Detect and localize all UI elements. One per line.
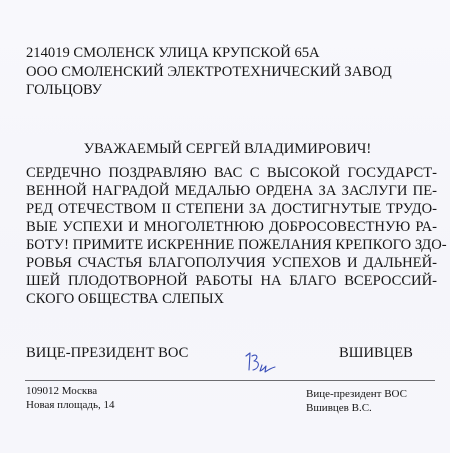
body-line: ВЫЕ УСПЕХИ И МНОГОЛЕТНЮЮ ДОБРОСОВЕСТНУЮ … bbox=[26, 218, 437, 236]
address-line-recipient: ГОЛЬЦОВУ bbox=[26, 81, 392, 100]
salutation: УВАЖАЕМЫЙ СЕРГЕЙ ВЛАДИМИРОВИЧ! bbox=[0, 140, 450, 158]
footer-signatory: Вице-президент ВОС Вшивцев В.С. bbox=[306, 387, 407, 415]
signatory-title: ВИЦЕ-ПРЕЗИДЕНТ ВОС bbox=[26, 345, 188, 362]
address-block: 214019 СМОЛЕНСК УЛИЦА КРУПСКОЙ 65А ООО С… bbox=[26, 44, 392, 100]
footer-divider bbox=[25, 380, 435, 381]
footer-signatory-name: Вшивцев В.С. bbox=[306, 401, 407, 415]
body-line: СКОГО ОБЩЕСТВА СЛЕПЫХ bbox=[26, 290, 437, 308]
address-line-postal: 214019 СМОЛЕНСК УЛИЦА КРУПСКОЙ 65А bbox=[26, 44, 392, 63]
footer-address-city: 109012 Москва bbox=[26, 384, 115, 398]
handwritten-signature-icon bbox=[243, 350, 283, 378]
body-line: ВЕННОЙ НАГРАДОЙ МЕДАЛЬЮ ОРДЕНА ЗА ЗАСЛУГ… bbox=[26, 182, 437, 200]
letter-body: СЕРДЕЧНО ПОЗДРАВЛЯЮ ВАС С ВЫСОКОЙ ГОСУДА… bbox=[26, 164, 437, 308]
body-line: ШЕЙ ПЛОДОТВОРНОЙ РАБОТЫ НА БЛАГО ВСЕРОСС… bbox=[26, 272, 437, 290]
body-line: СЕРДЕЧНО ПОЗДРАВЛЯЮ ВАС С ВЫСОКОЙ ГОСУДА… bbox=[26, 164, 437, 182]
footer-signatory-title: Вице-президент ВОС bbox=[306, 387, 407, 401]
footer-address: 109012 Москва Новая площадь, 14 bbox=[26, 384, 115, 412]
address-line-organization: ООО СМОЛЕНСКИЙ ЭЛЕКТРОТЕХНИЧЕСКИЙ ЗАВОД bbox=[26, 63, 392, 82]
letter-page: 214019 СМОЛЕНСК УЛИЦА КРУПСКОЙ 65А ООО С… bbox=[0, 0, 450, 453]
body-line: РЕД ОТЕЧЕСТВОМ II СТЕПЕНИ ЗА ДОСТИГНУТЫЕ… bbox=[26, 200, 437, 218]
body-line: БОТУ! ПРИМИТЕ ИСКРЕННИЕ ПОЖЕЛАНИЯ КРЕПКО… bbox=[26, 236, 437, 254]
footer-address-street: Новая площадь, 14 bbox=[26, 398, 115, 412]
body-line: РОВЬЯ СЧАСТЬЯ БЛАГОПОЛУЧИЯ УСПЕХОВ И ДАЛ… bbox=[26, 254, 437, 272]
signatory-name: ВШИВЦЕВ bbox=[339, 345, 413, 362]
